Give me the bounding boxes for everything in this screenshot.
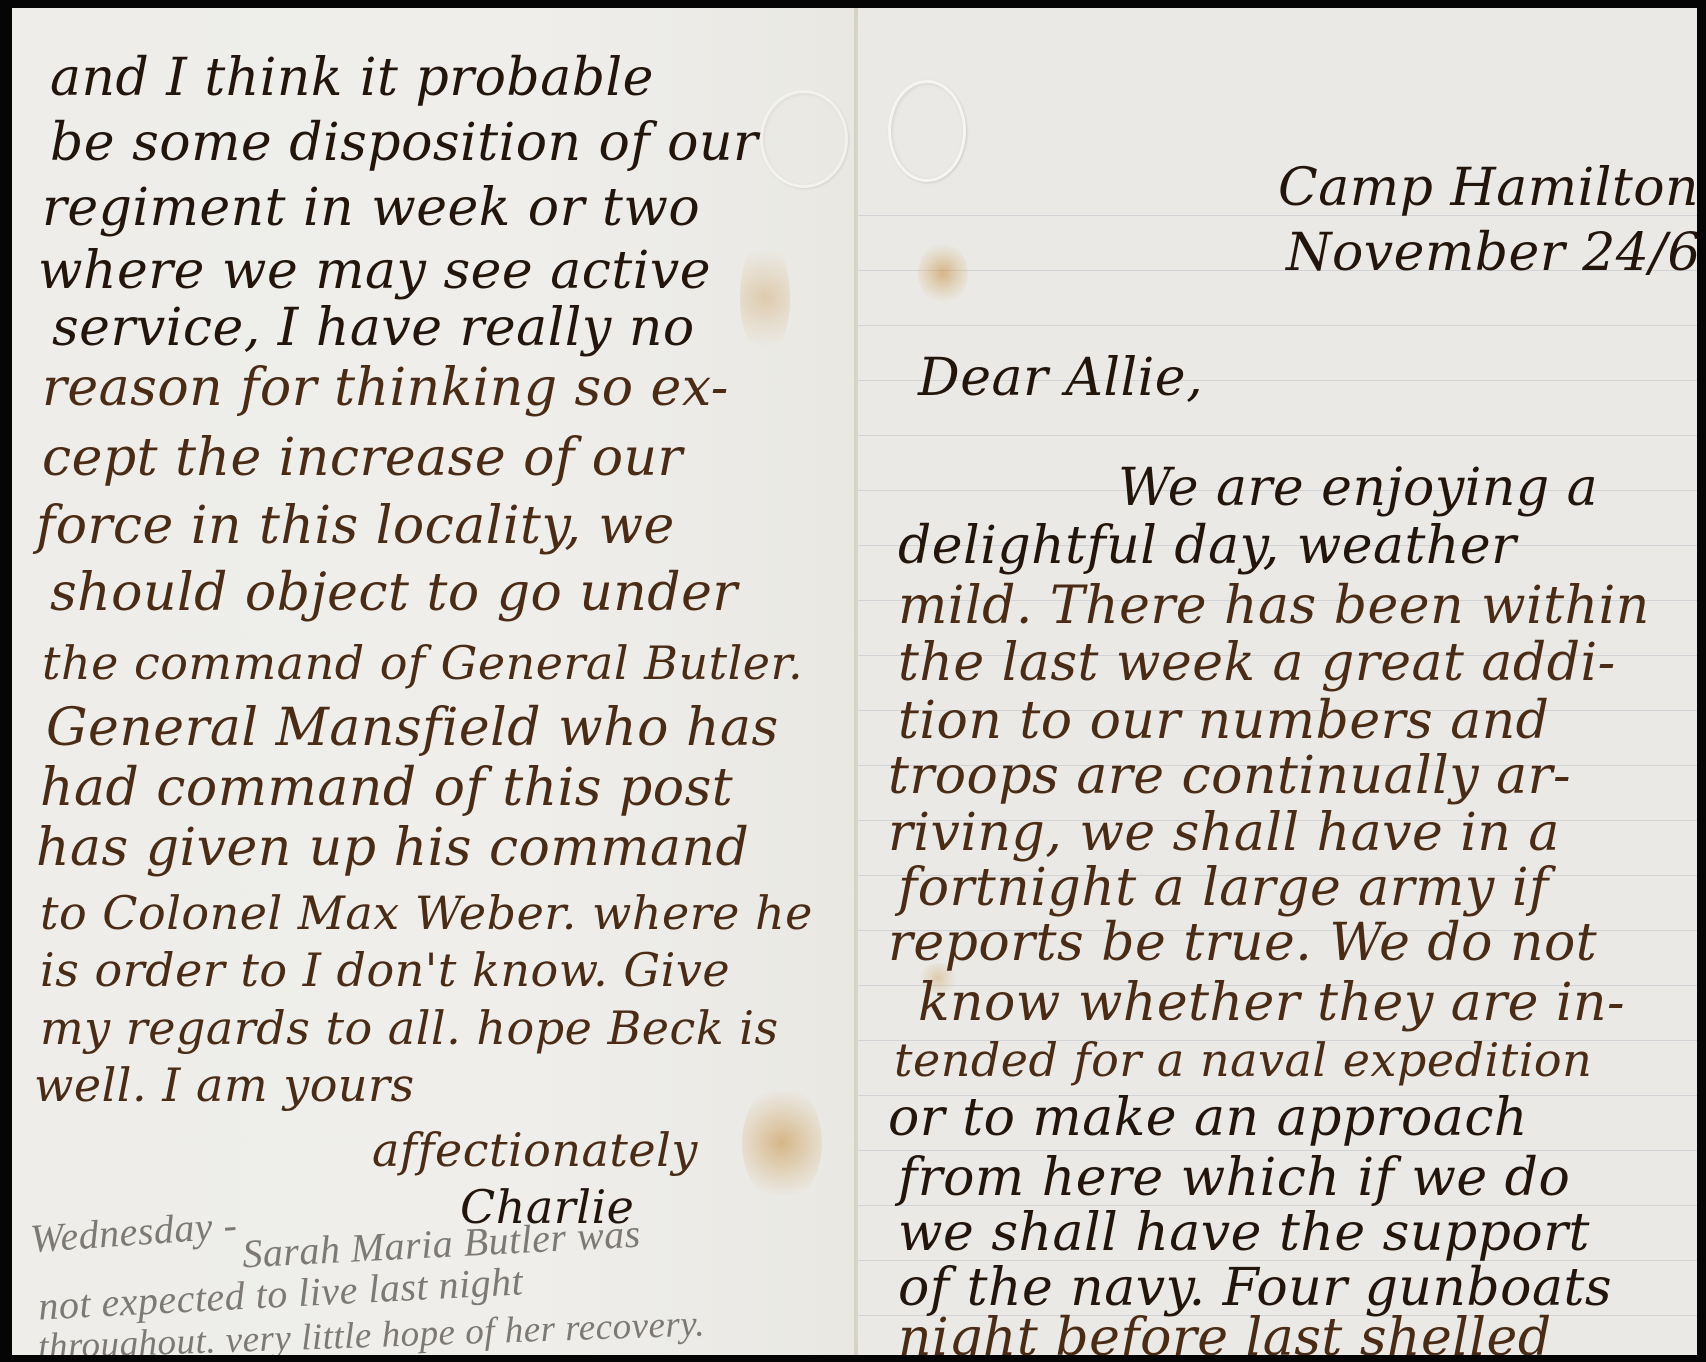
left-line-3: regiment in week or two xyxy=(42,178,700,238)
left-line-1: and I think it probable xyxy=(50,48,654,108)
right-line-16: night before last shelled xyxy=(898,1308,1552,1355)
left-line-10: the command of General Butler. xyxy=(42,636,803,690)
right-line-4: the last week a great addi- xyxy=(898,633,1616,693)
left-line-11: General Mansfield who has xyxy=(46,698,779,758)
left-line-2: be some disposition of our xyxy=(50,113,758,173)
left-line-8: force in this locality, we xyxy=(36,496,675,556)
right-line-2: delightful day, weather xyxy=(898,516,1517,576)
embossed-seal-icon xyxy=(888,80,966,182)
left-line-9: should object to go under xyxy=(50,563,738,623)
left-line-7: cept the increase of our xyxy=(42,428,683,488)
foxing-stain xyxy=(742,1083,822,1203)
left-line-13: has given up his command xyxy=(36,818,749,878)
header-date: November 24/61 xyxy=(1286,223,1697,283)
right-line-3: mild. There has been within xyxy=(898,576,1650,636)
right-line-1: We are enjoying a xyxy=(1118,458,1598,518)
salutation: Dear Allie, xyxy=(918,348,1203,408)
closing: affectionately xyxy=(372,1123,698,1177)
left-line-16: my regards to all. hope Beck is xyxy=(40,1001,779,1055)
right-line-6: troops are continually ar- xyxy=(888,746,1571,806)
left-line-17: well. I am yours xyxy=(34,1058,415,1112)
left-line-12: had command of this post xyxy=(40,758,733,818)
left-line-15: is order to I don't know. Give xyxy=(40,943,730,997)
embossed-seal-icon xyxy=(760,90,848,188)
letter-sheet: and I think it probable be some disposit… xyxy=(12,8,1697,1355)
left-line-14: to Colonel Max Weber. where he xyxy=(40,886,813,940)
left-line-4: where we may see active xyxy=(38,241,711,301)
postscript-day: Wednesday - xyxy=(29,1201,239,1262)
foxing-stain xyxy=(918,243,968,303)
right-line-8: fortnight a large army if xyxy=(898,858,1549,918)
ink-stain xyxy=(740,238,790,358)
right-line-5: tion to our numbers and xyxy=(898,691,1549,751)
left-line-6: reason for thinking so ex- xyxy=(42,358,729,418)
right-page: Camp Hamilton November 24/61 Dear Allie,… xyxy=(858,8,1697,1355)
right-line-7: riving, we shall have in a xyxy=(888,803,1560,863)
right-line-13: from here which if we do xyxy=(898,1148,1570,1208)
left-page: and I think it probable be some disposit… xyxy=(12,8,856,1355)
right-line-12: or to make an approach xyxy=(888,1088,1528,1148)
right-line-9: reports be true. We do not xyxy=(888,913,1597,973)
right-line-10: know whether they are in- xyxy=(918,973,1625,1033)
right-line-11: tended for a naval expedition xyxy=(894,1033,1592,1087)
right-line-14: we shall have the support xyxy=(898,1203,1590,1263)
header-place: Camp Hamilton xyxy=(1278,158,1697,218)
left-line-5: service, I have really no xyxy=(52,298,695,358)
